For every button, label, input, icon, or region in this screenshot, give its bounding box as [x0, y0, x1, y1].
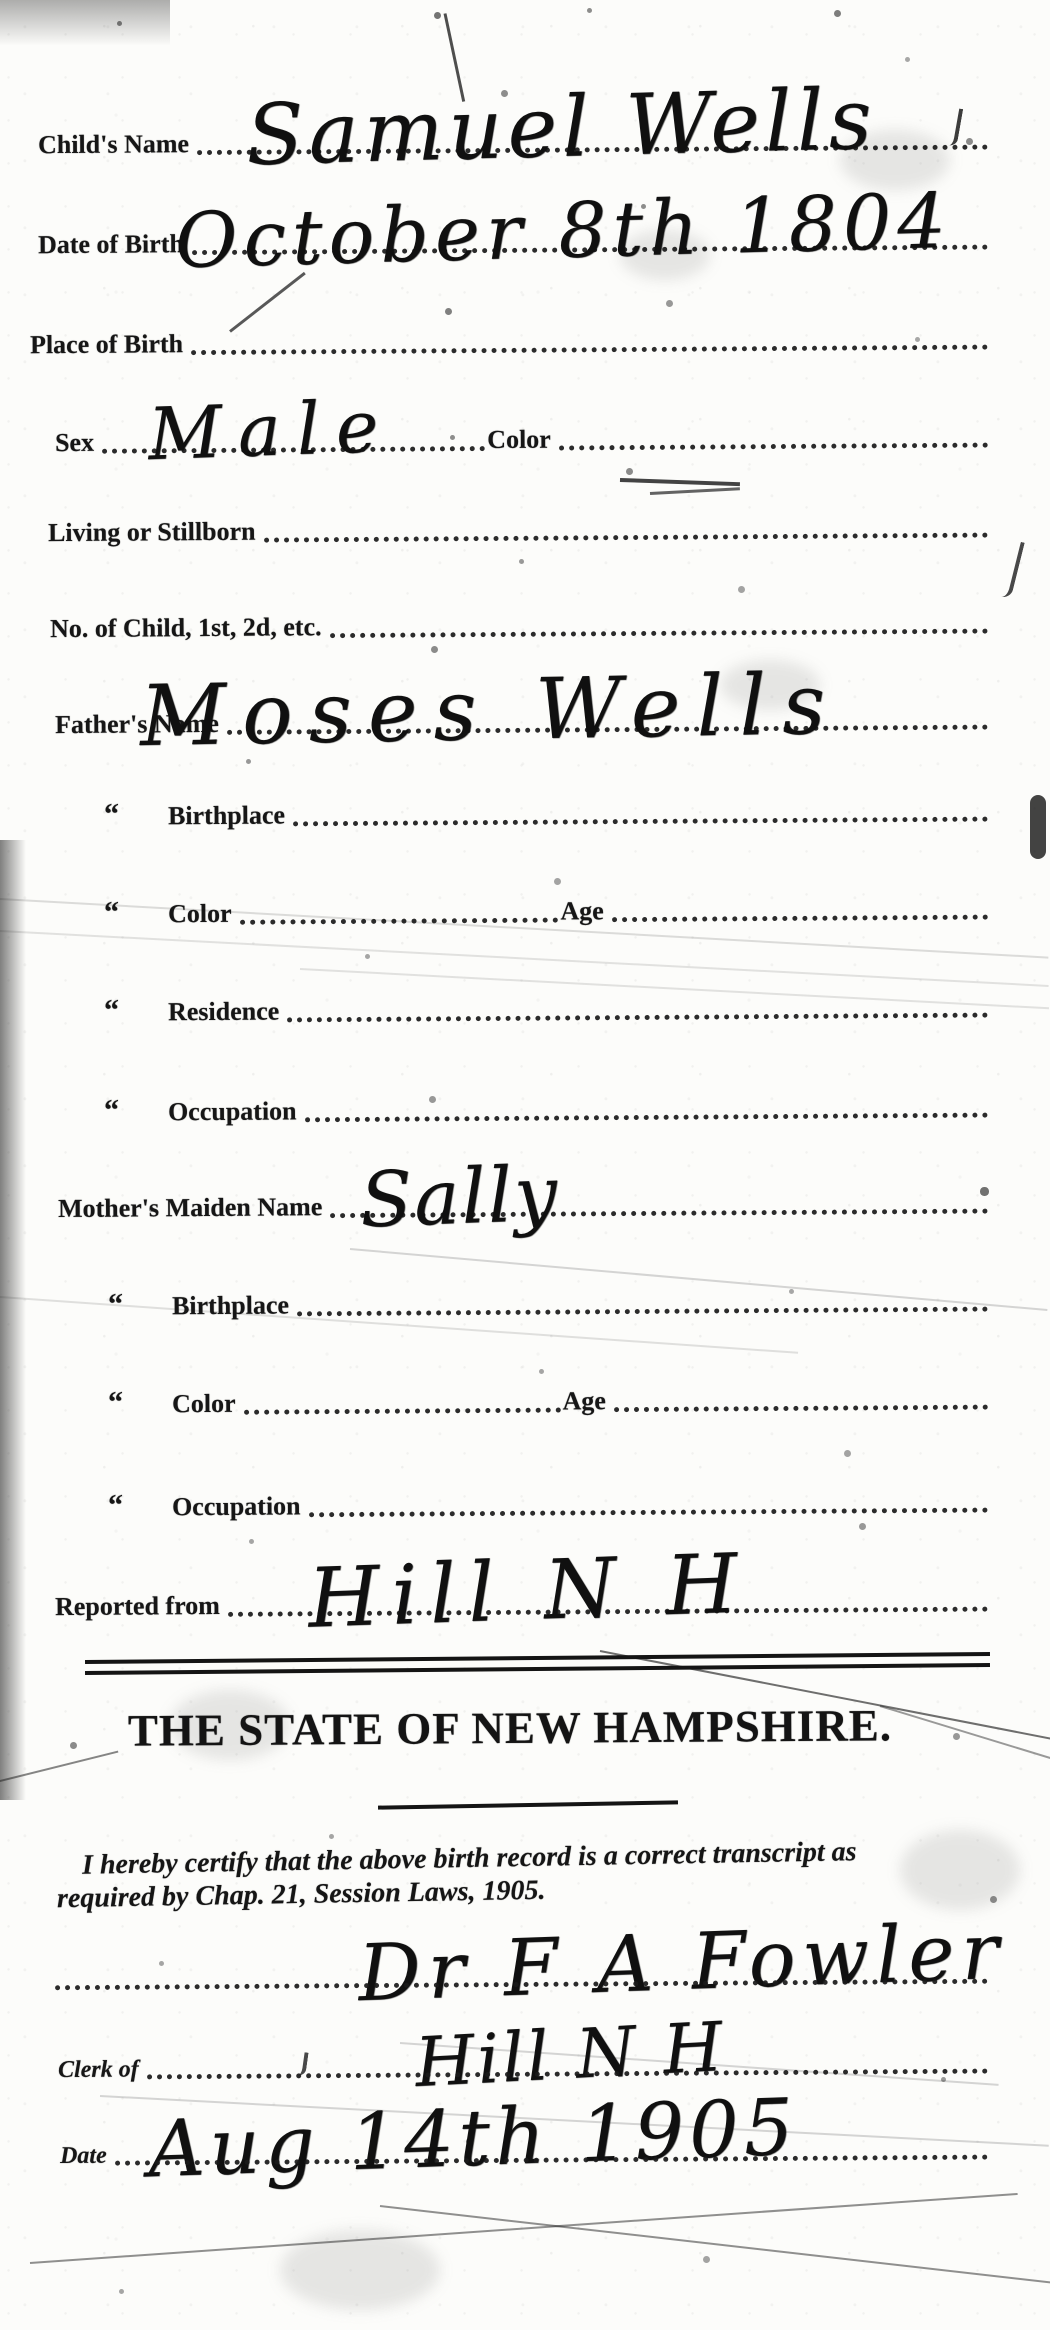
field-label-father-birthplace: Birthplace	[168, 802, 285, 832]
dotted-line	[147, 2069, 988, 2080]
divider-rule	[85, 1663, 990, 1675]
heading-underline-rule	[378, 1800, 678, 1809]
field-label-mothers-maiden-name: Mother's Maiden Name	[58, 1194, 322, 1225]
dotted-line	[297, 1307, 988, 1317]
dotted-line	[614, 1405, 988, 1413]
signature-line-row	[55, 1953, 990, 1996]
scan-artifact-specks	[0, 0, 3, 3]
field-label-no-of-child: No. of Child, 1st, 2d, etc.	[50, 614, 322, 645]
ditto-mark: “	[108, 1490, 172, 1523]
field-label-living-or-stillborn: Living or Stillborn	[48, 519, 256, 549]
field-label-date-of-birth: Date of Birth	[38, 231, 184, 261]
field-row-clerk-of: Clerk of	[0, 2043, 990, 2086]
scan-artifact	[0, 1751, 118, 1784]
dotted-line	[115, 2155, 988, 2166]
field-label-place-of-birth: Place of Birth	[30, 331, 183, 361]
dotted-line	[191, 345, 988, 356]
field-label-clerk-of: Clerk of	[58, 2057, 139, 2085]
dotted-line	[330, 629, 988, 639]
ditto-mark: “	[108, 1289, 172, 1322]
handwritten-mothers-maiden-name: Sally	[359, 1156, 560, 1239]
state-heading: THE STATE OF NEW HAMPSHIRE.	[30, 1703, 990, 1755]
field-label-father-occupation: Occupation	[168, 1098, 297, 1128]
certification-line-2: required by Chap. 21, Session Laws, 1905…	[57, 1877, 546, 1914]
handwritten-sex: Male	[147, 390, 396, 471]
field-row-father-occupation: “ Occupation	[0, 1087, 990, 1130]
dotted-line	[244, 1408, 561, 1415]
field-row-father-residence: “ Residence	[0, 987, 990, 1030]
dotted-line	[240, 918, 559, 925]
dotted-line	[287, 1013, 988, 1023]
dotted-line	[305, 1113, 988, 1123]
scan-artifact	[1030, 795, 1046, 859]
field-label-mother-age: Age	[562, 1388, 606, 1417]
field-row-date: Date	[0, 2129, 990, 2172]
dotted-line	[559, 443, 988, 451]
certification-line-1: I hereby certify that the above birth re…	[82, 1838, 857, 1880]
ditto-mark: “	[104, 897, 168, 930]
field-label-mother-occupation: Occupation	[172, 1493, 301, 1523]
field-label-father-residence: Residence	[168, 999, 279, 1029]
dotted-line	[264, 533, 988, 543]
ditto-mark: “	[104, 799, 168, 832]
scanned-birth-record: { "page": { "heading": "THE STATE OF NEW…	[0, 0, 1050, 2330]
field-row-father-birthplace: “ Birthplace	[0, 791, 990, 834]
field-row-mother-occupation: “ Occupation	[0, 1482, 990, 1525]
scan-artifact	[995, 539, 1025, 599]
dotted-line	[309, 1508, 988, 1518]
field-row-father-color-age: “ Color Age	[0, 889, 990, 932]
field-label-father-age: Age	[560, 898, 604, 927]
field-row-living-or-stillborn: Living or Stillborn	[0, 507, 990, 550]
scan-artifact	[280, 2230, 440, 2310]
scan-artifact	[0, 930, 1049, 987]
field-label-reported-from: Reported from	[55, 1593, 220, 1623]
scan-artifact	[380, 2205, 1050, 2286]
field-label-mother-birthplace: Birthplace	[172, 1292, 289, 1322]
field-label-color: Color	[487, 427, 551, 456]
handwritten-date-of-birth: October 8th 1804	[174, 183, 952, 279]
field-row-place-of-birth: Place of Birth	[0, 319, 990, 362]
ditto-mark: “	[108, 1387, 172, 1420]
handwritten-child-name: Samuel Wells	[245, 77, 878, 177]
field-label-sex: Sex	[55, 430, 94, 459]
handwritten-reported-from: Hill N H	[307, 1543, 751, 1640]
divider-rule	[85, 1652, 990, 1664]
field-label-date: Date	[60, 2144, 107, 2171]
scan-artifact	[900, 1830, 1020, 1910]
scan-artifact	[620, 478, 740, 486]
dotted-line	[612, 915, 988, 923]
field-label-father-color: Color	[168, 901, 232, 930]
field-row-mother-color-age: “ Color Age	[0, 1379, 990, 1422]
dotted-line	[293, 817, 988, 827]
handwritten-fathers-name: Moses Wells	[139, 662, 842, 758]
ditto-mark: “	[104, 1095, 168, 1128]
field-row-mother-birthplace: “ Birthplace	[0, 1281, 990, 1324]
field-label-mother-color: Color	[172, 1391, 236, 1420]
field-label-child-name: Child's Name	[38, 131, 189, 161]
scan-edge-shadow	[0, 0, 170, 46]
scan-artifact	[650, 487, 740, 495]
field-row-no-of-child: No. of Child, 1st, 2d, etc.	[0, 603, 990, 646]
ditto-mark: “	[104, 995, 168, 1028]
dotted-line	[55, 1979, 988, 1991]
scan-artifact	[30, 2193, 1018, 2264]
